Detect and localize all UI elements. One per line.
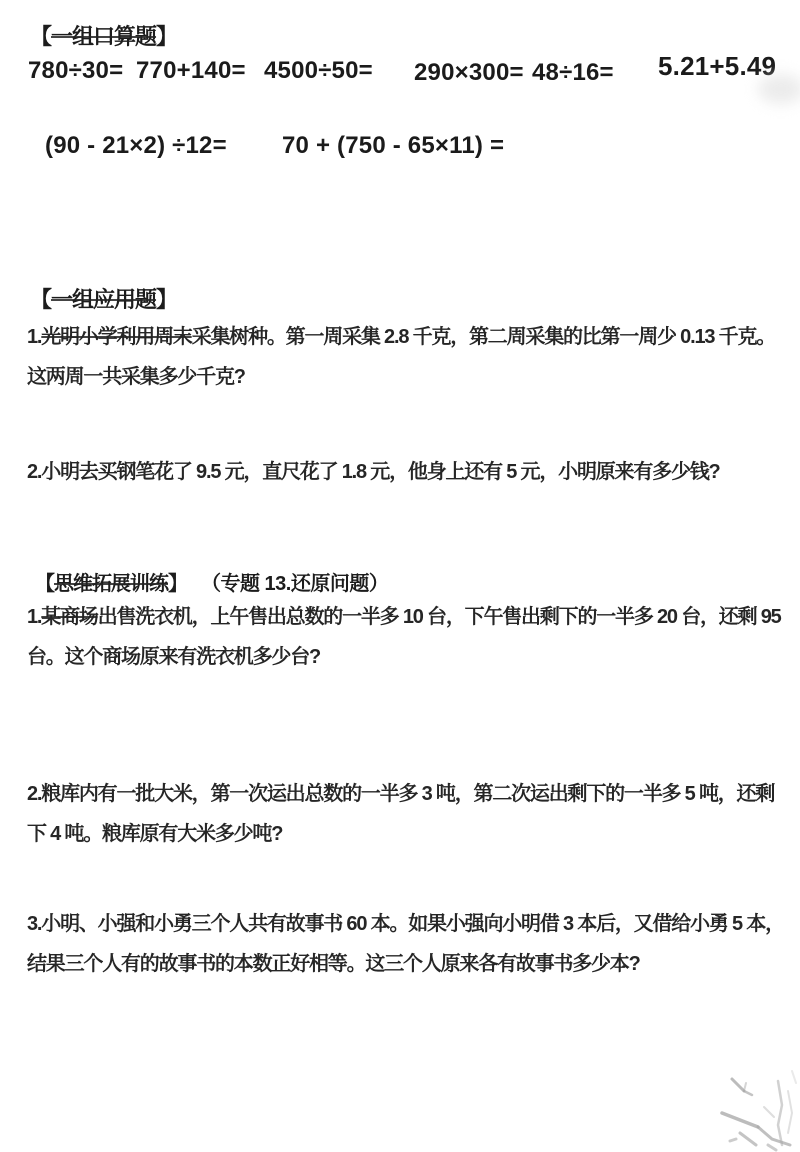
branch-sketch-icon (640, 1020, 800, 1152)
thinking-problem-1-line2: 台。这个商场原来有洗衣机多少台? (27, 640, 320, 669)
header-bracket-open: 【 (35, 573, 54, 595)
thinking-section-subtitle: （专题 13.还原问题） (201, 567, 388, 596)
problem-text: 出售洗衣机，上午售出总数的一半多 10 台，下午售出剩下的一半多 20 台，还剩… (98, 606, 781, 628)
problem-number: 1. (27, 606, 41, 628)
header-bracket-open: 【 (30, 287, 51, 312)
word-section-header: 【一组应用题】 (30, 283, 177, 314)
oral-problem-6: 5.21+5.49 (658, 51, 776, 82)
header-bracket-close: 】 (168, 573, 187, 595)
word-problem-1-line2: 这两周一共采集多少千克? (27, 360, 245, 389)
thinking-problem-3-line2: 结果三个人有的故事书的本数正好相等。这三个人原来各有故事书多少本? (27, 947, 640, 976)
oral-section-header: 【一组口算题】 (30, 20, 177, 51)
thinking-section-header: 【思维拓展训练】（专题 13.还原问题） (35, 567, 388, 596)
problem-number: 1. (27, 326, 41, 348)
thinking-problem-3-line1: 3.小明、小强和小勇三个人共有故事书 60 本。如果小强向小明借 3 本后，又借… (27, 907, 784, 936)
thinking-section-title: 思维拓展训练 (54, 573, 168, 595)
oral-problem-4: 290×300= (414, 59, 524, 87)
thinking-problem-2-line1: 2.粮库内有一批大米，第一次运出总数的一半多 3 吨，第二次运出剩下的一半多 5… (27, 777, 774, 806)
problem-text: 采集树种。第一周采集 2.8 千克，第二周采集的比第一周少 0.13 千克。 (192, 326, 775, 348)
oral-problem-3: 4500÷50= (264, 57, 373, 85)
worksheet-page: 【一组口算题】 780÷30= 770+140= 4500÷50= 290×30… (0, 0, 800, 1152)
header-bracket-open: 【 (30, 24, 51, 49)
thinking-problem-2-line2: 下 4 吨。粮库原有大米多少吨? (27, 817, 282, 846)
word-problem-2: 2.小明去买钢笔花了 9.5 元，直尺花了 1.8 元，他身上还有 5 元，小明… (27, 455, 720, 484)
oral-problem-8: 70 + (750 - 65×11) = (282, 132, 504, 160)
struck-text: 某商场 (41, 606, 97, 628)
word-section-title: 一组应用题 (51, 287, 156, 312)
oral-problem-2: 770+140= (136, 57, 246, 85)
scan-smudge (758, 74, 800, 104)
oral-problem-7: (90 - 21×2) ÷12= (45, 132, 227, 160)
oral-problem-1: 780÷30= (28, 57, 123, 85)
header-bracket-close: 】 (156, 24, 177, 49)
header-bracket-close: 】 (156, 287, 177, 312)
thinking-problem-1-line1: 1.某商场出售洗衣机，上午售出总数的一半多 10 台，下午售出剩下的一半多 20… (27, 600, 781, 629)
oral-section-title: 一组口算题 (51, 24, 156, 49)
word-problem-1-line1: 1.光明小学利用周末采集树种。第一周采集 2.8 千克，第二周采集的比第一周少 … (27, 320, 775, 349)
oral-problem-5: 48÷16= (532, 59, 614, 87)
struck-text: 光明小学利用周末 (41, 326, 191, 348)
